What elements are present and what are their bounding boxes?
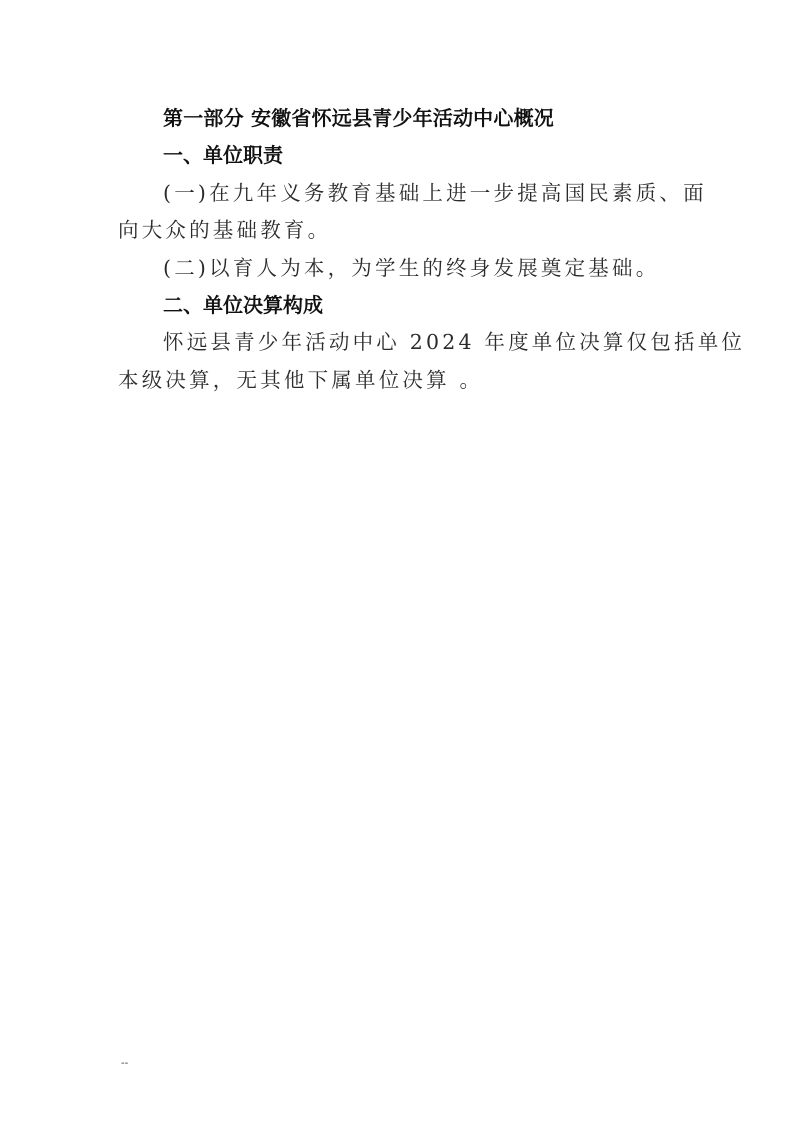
section-heading-composition: 二、单位决算构成 — [163, 291, 723, 319]
composition-paragraph: 怀远县青少年活动中心 2024 年度单位决算仅包括单位 — [163, 328, 723, 356]
document-page: 第一部分 安徽省怀远县青少年活动中心概况 一、单位职责 (一)在九年义务教育基础… — [0, 0, 794, 1122]
part-title: 第一部分 安徽省怀远县青少年活动中心概况 — [163, 104, 723, 132]
composition-paragraph-continued: 本级决算，无其他下属单位决算 。 — [118, 366, 678, 394]
section-heading-responsibilities: 一、单位职责 — [163, 141, 723, 169]
responsibility-item-1: (一)在九年义务教育基础上进一步提高国民素质、面 — [163, 179, 723, 207]
responsibility-item-1-continued: 向大众的基础教育。 — [118, 216, 678, 244]
footer-mark: -- — [121, 1058, 128, 1069]
responsibility-item-2: (二)以育人为本，为学生的终身发展奠定基础。 — [163, 254, 723, 282]
